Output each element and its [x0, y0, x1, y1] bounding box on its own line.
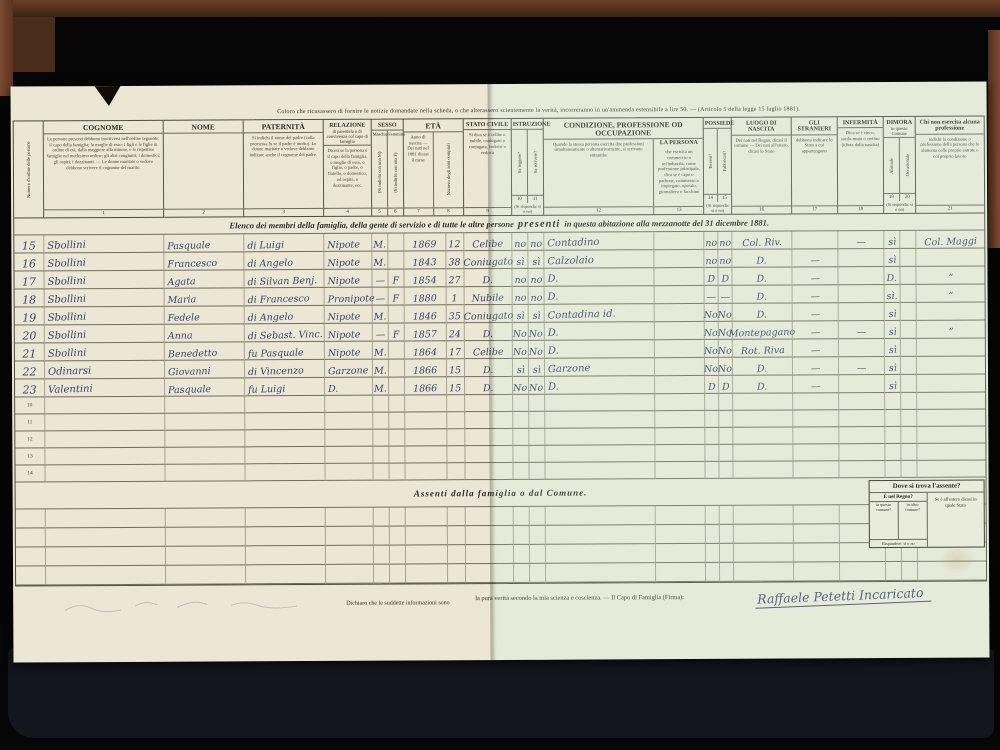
stato-cell: Nubile — [465, 287, 513, 305]
infermita-cell — [839, 444, 885, 461]
abituale-cell: sì — [885, 303, 901, 321]
col-possiede: POSSIEDE Terreni? 14 Fabbricati? 15 (Si … — [704, 118, 733, 214]
scrive-cell: sì — [529, 359, 545, 377]
stranieri-cell — [793, 461, 839, 478]
scrive-cell — [530, 564, 546, 583]
anni-cell — [447, 395, 465, 412]
occasionale-cell — [900, 267, 916, 285]
relazione-cell: Pronipote — [325, 288, 373, 306]
condizione-cell: D. — [545, 376, 655, 395]
anno-cell: 1869 — [404, 233, 446, 251]
stranieri-cell — [793, 393, 839, 410]
infermita-cell — [840, 562, 886, 581]
occasionale-cell — [901, 285, 917, 303]
scrive-cell: No — [529, 377, 545, 395]
cognome-cell — [46, 509, 166, 529]
stato-cell — [466, 564, 514, 583]
luogo-cell: D. — [733, 357, 793, 375]
legge-cell: sì — [513, 359, 529, 377]
infermita-cell — [838, 249, 884, 267]
luogo-cell — [733, 393, 793, 410]
n-cell: 21 — [15, 343, 45, 361]
legge-cell — [514, 545, 530, 564]
stato-cell: D. — [465, 377, 513, 395]
cognome-cell: Sbollini — [44, 271, 164, 290]
persona-cell — [655, 322, 705, 340]
f-cell — [388, 233, 404, 251]
luogo-cell — [734, 524, 794, 543]
m-cell — [373, 396, 389, 413]
paternita-cell — [246, 508, 326, 527]
cognome-cell — [45, 431, 165, 449]
stranieri-cell: — — [793, 339, 839, 357]
census-table: Numero d'ordine delle persone COGNOME Le… — [13, 115, 987, 586]
nome-cell: Agata — [164, 270, 244, 288]
persona-cell — [654, 268, 704, 286]
legge-cell: No — [513, 341, 529, 359]
occasionale-cell — [900, 231, 916, 249]
terreni-cell — [706, 525, 720, 544]
condizione-cell: Garzone — [545, 358, 655, 377]
anni-cell — [448, 526, 466, 545]
n-cell — [16, 528, 46, 547]
m-cell: M. — [373, 342, 389, 360]
stato-cell — [465, 429, 513, 446]
cognome-cell — [46, 566, 166, 586]
scrive-cell: sì — [528, 251, 544, 269]
persona-cell — [655, 358, 705, 376]
cognome-cell — [45, 465, 165, 483]
col-eta: ETÀ Anno di nascita — Dei nati nel 1881 … — [404, 119, 465, 215]
condizione-cell: D. — [545, 322, 655, 341]
infermita-cell — [839, 285, 885, 303]
chi-cell: ” — [917, 284, 985, 302]
anni-cell: 12 — [446, 233, 464, 251]
f-cell — [389, 359, 405, 377]
relazione-cell — [325, 430, 373, 447]
persona-cell — [655, 304, 705, 322]
f-cell — [389, 429, 405, 446]
abituale-cell: sì — [885, 339, 901, 357]
condizione-cell: Calzolaio — [544, 250, 654, 269]
nome-cell: Benedetto — [165, 342, 245, 360]
f-cell — [390, 545, 406, 564]
luogo-cell — [734, 562, 794, 581]
paternita-cell: di Francesco — [245, 288, 325, 306]
legge-cell: sì — [512, 251, 528, 269]
chi-cell: ” — [917, 320, 985, 338]
terreni-cell: No — [705, 358, 719, 376]
m-cell: M. — [373, 306, 389, 324]
stato-cell: Coniugato — [464, 251, 512, 269]
relazione-cell — [325, 396, 373, 413]
fabbricati-cell: D — [719, 376, 733, 394]
persona-cell — [654, 250, 704, 268]
paternita-cell: di Angelo — [244, 252, 324, 270]
col-istruzione: ISTRUZIONE Sa leggere? 10 Sa scrivere? 1… — [512, 119, 545, 215]
legge-cell: sì — [513, 305, 529, 323]
anno-cell — [405, 463, 447, 480]
paternita-cell — [245, 413, 325, 430]
chi-cell — [916, 248, 984, 266]
col-infermita: INFERMITÀ Dica se è cieco, sordo-muto o … — [838, 117, 885, 213]
chi-cell — [918, 561, 986, 580]
n-cell: 13 — [15, 448, 45, 465]
pencil-marks — [63, 597, 343, 616]
anni-cell — [447, 446, 465, 463]
relazione-cell — [326, 565, 374, 584]
cognome-cell — [45, 448, 165, 466]
luogo-cell: Montepagano — [733, 321, 793, 339]
scrive-cell: sì — [529, 305, 545, 323]
abituale-cell: sì — [885, 357, 901, 375]
chi-cell: ” — [916, 266, 984, 284]
persona-cell — [655, 394, 705, 411]
m-cell — [374, 527, 390, 546]
relazione-cell — [325, 464, 373, 481]
occasionale-cell — [901, 321, 917, 339]
head-of-family-signature: Raffaele Petetti Incaricato — [755, 585, 932, 609]
n-cell: 10 — [15, 397, 45, 414]
cognome-cell: Sbollini — [45, 343, 165, 362]
stranieri-cell: — — [793, 285, 839, 303]
nome-cell — [166, 508, 246, 527]
condizione-cell: D. — [545, 340, 655, 359]
stranieri-cell: — — [793, 357, 839, 375]
col-relazione: RELAZIONE di parentela o di convivenza c… — [324, 120, 373, 216]
census-sheet: Coloro che ricusassero di fornire le not… — [10, 81, 989, 662]
legge-cell: No — [513, 323, 529, 341]
anno-cell: 1857 — [405, 323, 447, 341]
relazione-cell: Nipote — [324, 234, 372, 252]
luogo-cell — [733, 427, 793, 444]
relazione-cell — [326, 527, 374, 546]
f-cell: F — [389, 323, 405, 341]
relazione-cell: D. — [325, 378, 373, 396]
scrive-cell — [530, 507, 546, 526]
scrive-cell: no — [528, 233, 544, 251]
col-dimora: DIMORA in questo Comune Abituale 19 Occa… — [884, 117, 917, 213]
table-header: Numero d'ordine delle persone COGNOME Le… — [14, 116, 984, 218]
stranieri-cell: — — [792, 249, 838, 267]
relazione-cell: Garzone — [325, 360, 373, 378]
paternita-cell — [245, 430, 325, 447]
col-stato-civile: STATO CIVILE Si dica se è celibe o nubil… — [464, 119, 513, 215]
nome-cell — [166, 527, 246, 546]
fabbricati-cell — [720, 506, 734, 525]
abituale-cell — [885, 444, 901, 461]
occasionale-cell — [901, 303, 917, 321]
nome-cell — [165, 447, 245, 464]
m-cell — [373, 447, 389, 464]
occasionale-cell — [901, 461, 917, 478]
occasionale-cell — [901, 427, 917, 444]
terreni-cell — [706, 563, 720, 582]
infermita-cell: — — [839, 321, 885, 339]
persona-cell — [654, 232, 704, 250]
scrive-cell — [530, 526, 546, 545]
anni-cell: 15 — [447, 377, 465, 395]
stato-cell: Celibe — [465, 341, 513, 359]
fabbricati-cell — [720, 525, 734, 544]
persona-cell — [655, 428, 705, 445]
stranieri-cell — [793, 444, 839, 461]
persona-cell — [655, 286, 705, 304]
anno-cell: 1866 — [405, 359, 447, 377]
infermita-cell — [839, 410, 885, 427]
anni-cell — [448, 507, 466, 526]
stranieri-cell: — — [793, 321, 839, 339]
m-cell: M. — [373, 378, 389, 396]
m-cell — [374, 565, 390, 584]
dove-assente-box: Dove si trova l'assente? È nel Regno? in… — [869, 479, 985, 548]
nome-cell — [165, 396, 245, 413]
anno-cell — [406, 507, 448, 526]
f-cell — [389, 395, 405, 412]
occasionale-cell — [901, 375, 917, 393]
paternita-cell — [245, 447, 325, 464]
paternita-cell — [245, 464, 325, 481]
f-cell — [390, 564, 406, 583]
m-cell — [373, 413, 389, 430]
cognome-cell: Odinarsi — [45, 361, 165, 380]
terreni-cell — [705, 445, 719, 462]
scrive-cell: no — [529, 287, 545, 305]
cognome-cell: Sbollini — [45, 307, 165, 326]
stato-cell: Coniugato — [465, 305, 513, 323]
anno-cell — [406, 545, 448, 564]
legge-cell — [513, 395, 529, 412]
terreni-cell: no — [704, 250, 718, 268]
infermita-cell — [839, 375, 885, 393]
luogo-cell: D. — [732, 249, 792, 267]
anni-cell — [447, 412, 465, 429]
condizione-cell — [546, 525, 656, 545]
stranieri-cell — [793, 427, 839, 444]
col-sesso: SESSO Maschio (Si indichi con una M) 5 F… — [372, 120, 405, 216]
abituale-cell — [885, 461, 901, 478]
nome-cell: Anna — [165, 324, 245, 342]
stranieri-cell — [794, 524, 840, 543]
fabbricati-cell: no — [718, 250, 732, 268]
condizione-cell — [545, 394, 655, 412]
legal-notice: Coloro che ricusassero di fornire le not… — [131, 106, 947, 116]
abituale-cell: D. — [884, 267, 900, 285]
luogo-cell: D. — [732, 267, 792, 285]
n-cell: 20 — [15, 325, 45, 343]
anno-cell: 1854 — [404, 269, 446, 287]
abituale-cell — [885, 410, 901, 427]
scrive-cell: No — [529, 323, 545, 341]
terreni-cell — [706, 506, 720, 525]
anni-cell — [448, 545, 466, 564]
condizione-cell — [546, 563, 656, 583]
stranieri-cell: — — [792, 267, 838, 285]
condizione-cell — [545, 411, 655, 429]
fabbricati-cell — [719, 394, 733, 411]
m-cell — [374, 546, 390, 565]
occasionale-cell — [901, 444, 917, 461]
luogo-cell — [733, 444, 793, 461]
paternita-cell — [245, 396, 325, 413]
abituale-cell: sì — [885, 375, 901, 393]
m-cell — [374, 508, 390, 527]
cognome-cell — [46, 547, 166, 567]
luogo-cell: D. — [733, 303, 793, 321]
luogo-cell: D. — [733, 285, 793, 303]
anni-cell: 24 — [447, 323, 465, 341]
anno-cell: 1866 — [405, 377, 447, 395]
cognome-cell: Sbollini — [45, 289, 165, 308]
anni-cell: 1 — [447, 287, 465, 305]
f-cell — [389, 305, 405, 323]
relazione-cell — [326, 508, 374, 527]
wood-table-edge-left — [0, 0, 13, 96]
terreni-cell — [705, 428, 719, 445]
legge-cell — [514, 564, 530, 583]
nome-cell: Fedele — [165, 306, 245, 324]
page-curl — [94, 86, 120, 106]
table-row — [16, 561, 986, 585]
fabbricati-cell — [719, 411, 733, 428]
cognome-cell: Sbollini — [44, 235, 164, 254]
anni-cell — [447, 463, 465, 480]
paternita-cell: fu Pasquale — [245, 342, 325, 360]
occasionale-cell — [900, 249, 916, 267]
scrive-cell — [529, 412, 545, 429]
persona-cell — [655, 340, 705, 358]
fabbricati-cell: No — [719, 340, 733, 358]
infermita-cell — [839, 461, 885, 478]
infermita-cell: — — [838, 231, 884, 249]
fabbricati-cell: No — [719, 304, 733, 322]
stato-cell — [466, 545, 514, 564]
chi-cell — [917, 302, 985, 320]
fabbricati-cell — [720, 563, 734, 582]
n-cell: 17 — [14, 271, 44, 289]
legge-cell — [513, 446, 529, 463]
anno-cell: 1843 — [404, 251, 446, 269]
abituale-cell — [885, 427, 901, 444]
anni-cell: 35 — [447, 305, 465, 323]
paternita-cell: fu Luigi — [245, 378, 325, 396]
paternita-cell: di Angelo — [245, 306, 325, 324]
nome-cell: Maria — [165, 288, 245, 306]
infermita-cell — [839, 427, 885, 444]
cognome-cell — [45, 414, 165, 432]
assenti-rows — [16, 504, 986, 585]
chi-cell — [917, 356, 985, 374]
f-cell — [389, 412, 405, 429]
condizione-cell: D. — [545, 286, 655, 305]
persona-cell — [655, 445, 705, 462]
nome-cell — [165, 464, 245, 481]
legge-cell: No — [513, 377, 529, 395]
scrive-cell — [529, 429, 545, 446]
terreni-cell: D — [704, 268, 718, 286]
persona-cell — [655, 462, 705, 479]
stranieri-cell — [794, 505, 840, 524]
stranieri-cell: — — [793, 375, 839, 393]
fabbricati-cell — [719, 445, 733, 462]
condizione-cell: D. — [544, 268, 654, 287]
col-stranieri: GLI STRANIERI debbono indicare lo Stato … — [792, 117, 839, 213]
legge-cell: no — [513, 287, 529, 305]
condizione-cell — [546, 506, 656, 526]
terreni-cell: — — [705, 286, 719, 304]
stranieri-cell: — — [793, 303, 839, 321]
luogo-cell: D. — [733, 375, 793, 393]
stato-cell: D. — [465, 359, 513, 377]
terreni-cell: No — [705, 340, 719, 358]
paternita-cell — [246, 527, 326, 546]
wood-table-edge-right — [988, 30, 1000, 248]
stato-cell — [465, 463, 513, 480]
nome-cell — [166, 565, 246, 584]
f-cell — [389, 463, 405, 480]
n-cell: 22 — [15, 361, 45, 379]
chi-cell — [917, 460, 985, 477]
occasionale-cell — [901, 357, 917, 375]
scrive-cell: No — [529, 341, 545, 359]
m-cell: — — [373, 288, 389, 306]
anno-cell — [405, 446, 447, 463]
cognome-cell: Valentini — [45, 379, 165, 398]
occasionale-cell — [902, 562, 918, 581]
f-cell — [390, 526, 406, 545]
paternita-cell: di Vincenzo — [245, 360, 325, 378]
nome-cell: Giovanni — [165, 360, 245, 378]
infermita-cell: — — [839, 357, 885, 375]
col-chi-non-esercita: Chi non esercita alcuna professione indi… — [916, 116, 985, 212]
fabbricati-cell: — — [719, 286, 733, 304]
terreni-cell — [705, 411, 719, 428]
condizione-cell — [546, 544, 656, 564]
abituale-cell: sì. — [885, 285, 901, 303]
fabbricati-cell: No — [719, 358, 733, 376]
relazione-cell: Nipote — [324, 252, 372, 270]
anni-cell — [447, 429, 465, 446]
f-cell: F — [388, 269, 404, 287]
luogo-cell — [734, 543, 794, 562]
m-cell: M. — [372, 252, 388, 270]
nome-cell — [165, 430, 245, 447]
scrive-cell: no — [528, 269, 544, 287]
f-cell: F — [389, 287, 405, 305]
cognome-cell: Sbollini — [44, 253, 164, 272]
condizione-cell — [545, 445, 655, 463]
col-condizione: CONDIZIONE, PROFESSIONE OD OCCUPAZIONE Q… — [544, 118, 705, 215]
n-cell: 14 — [15, 465, 45, 482]
scrive-cell — [530, 545, 546, 564]
terreni-cell — [705, 462, 719, 479]
f-cell — [388, 251, 404, 269]
luogo-cell — [733, 410, 793, 427]
occasionale-cell — [901, 410, 917, 427]
stato-cell — [465, 412, 513, 429]
abituale-cell: sì — [884, 231, 900, 249]
relazione-cell: Nipote — [325, 306, 373, 324]
nome-cell — [166, 546, 246, 565]
n-cell: 18 — [15, 289, 45, 307]
f-cell — [389, 446, 405, 463]
nome-cell: Pasquale — [164, 234, 244, 252]
n-cell: 23 — [15, 379, 45, 397]
stato-cell — [465, 446, 513, 463]
relazione-cell — [326, 546, 374, 565]
occasionale-cell — [901, 339, 917, 357]
fabbricati-cell: D — [718, 268, 732, 286]
